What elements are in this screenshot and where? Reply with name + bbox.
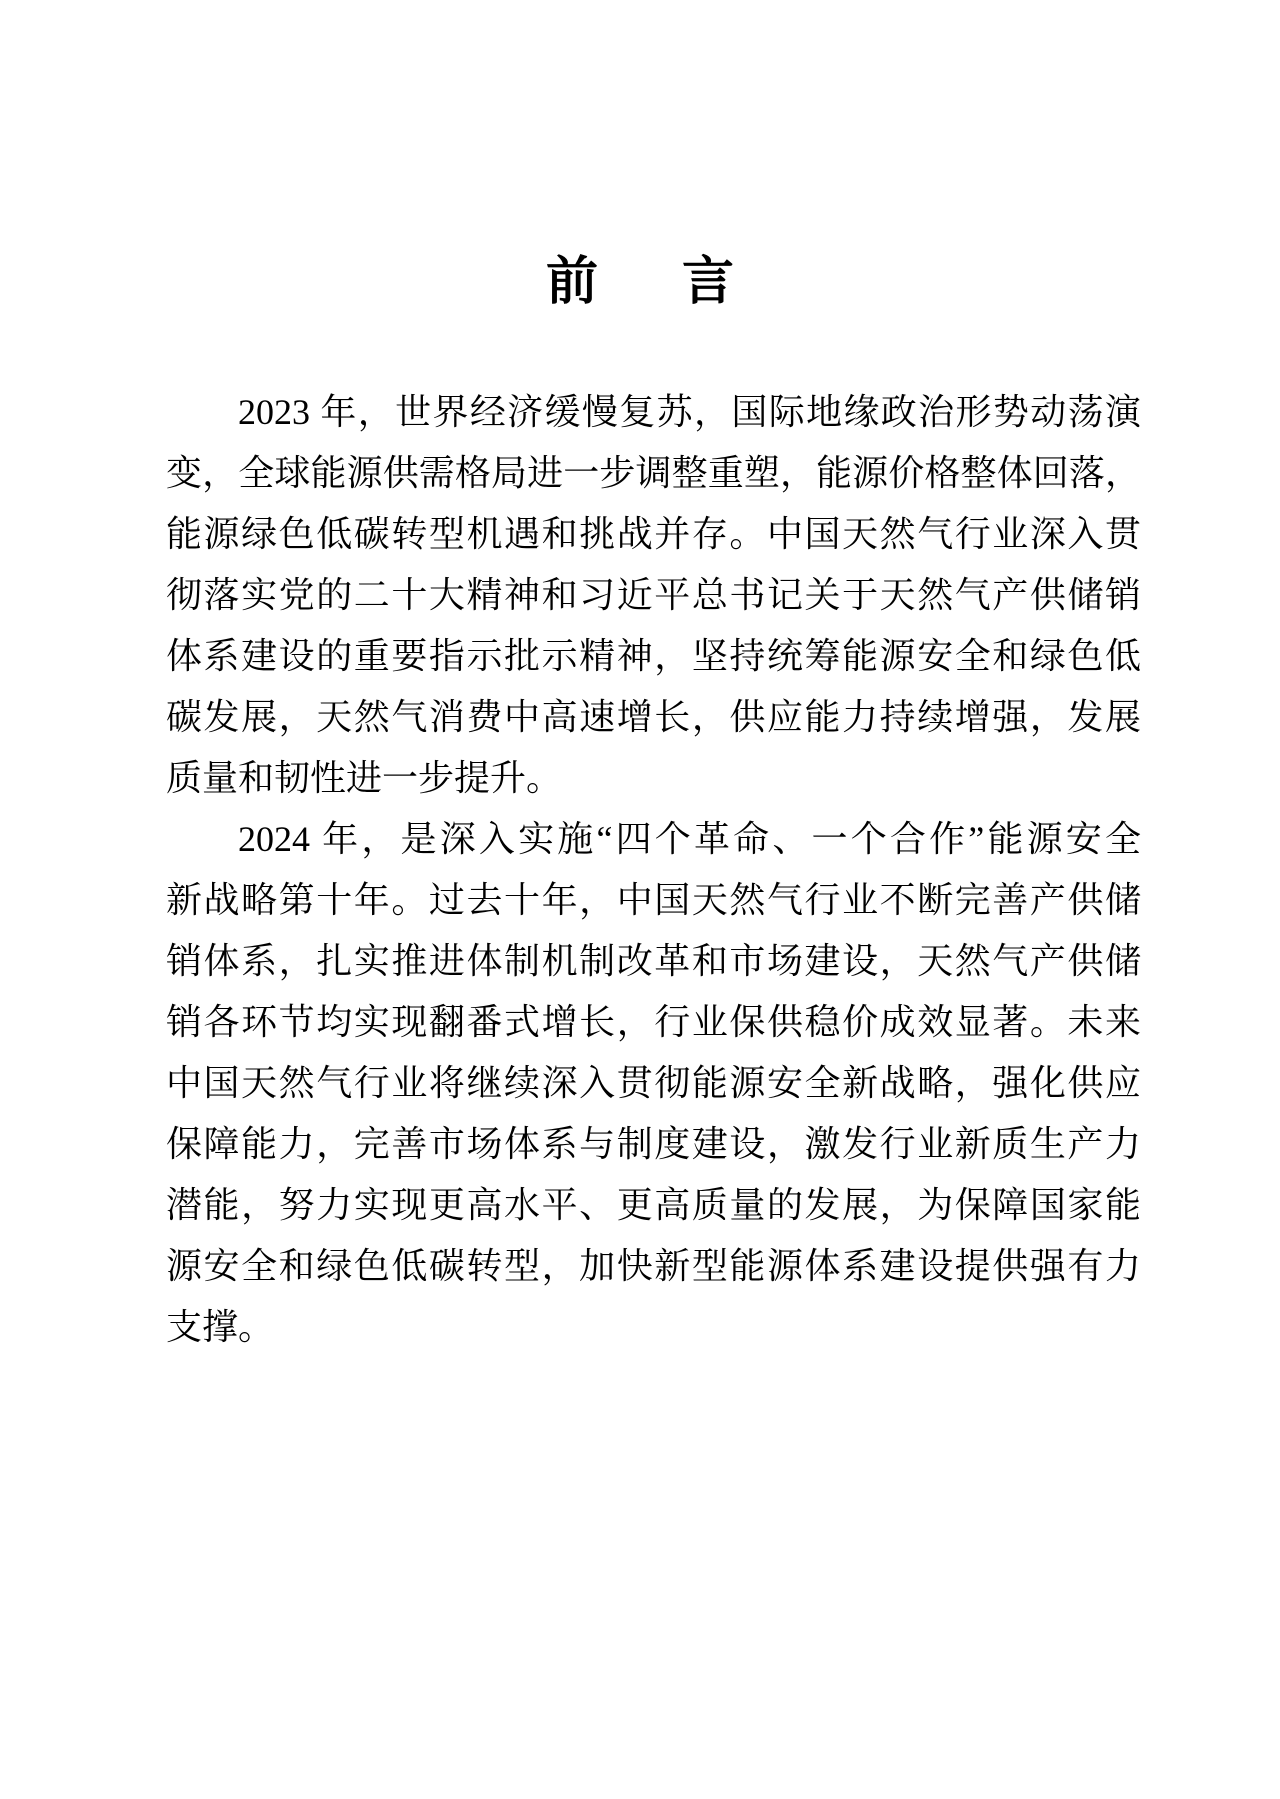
text-line: 彻落实党的二十大精神和习近平总书记关于天然气产供储销 (166, 565, 1141, 626)
text-line: 潜能，努力实现更高水平、更高质量的发展，为保障国家能 (166, 1175, 1141, 1236)
document-body: 2023 年，世界经济缓慢复苏，国际地缘政治形势动荡演变，全球能源供需格局进一步… (166, 382, 1141, 1358)
page-title-char-second: 言 (682, 252, 734, 312)
text-line: 碳发展，天然气消费中高速增长，供应能力持续增强，发展 (166, 687, 1141, 748)
text-line: 支撑。 (166, 1297, 1141, 1358)
text-line: 保障能力，完善市场体系与制度建设，激发行业新质生产力 (166, 1114, 1141, 1175)
text-line: 中国天然气行业将继续深入贯彻能源安全新战略，强化供应 (166, 1053, 1141, 1114)
text-line: 源安全和绿色低碳转型，加快新型能源体系建设提供强有力 (166, 1236, 1141, 1297)
page-title: 前 言 (0, 252, 1280, 312)
text-line: 销各环节均实现翻番式增长，行业保供稳价成效显著。未来 (166, 992, 1141, 1053)
text-line: 新战略第十年。过去十年，中国天然气行业不断完善产供储 (166, 870, 1141, 931)
text-line: 2023 年，世界经济缓慢复苏，国际地缘政治形势动荡演 (166, 382, 1141, 443)
text-line: 销体系，扎实推进体制机制改革和市场建设，天然气产供储 (166, 931, 1141, 992)
text-line: 质量和韧性进一步提升。 (166, 748, 1141, 809)
text-line: 能源绿色低碳转型机遇和挑战并存。中国天然气行业深入贯 (166, 504, 1141, 565)
page-title-char-first: 前 (546, 252, 598, 312)
text-line: 体系建设的重要指示批示精神，坚持统筹能源安全和绿色低 (166, 626, 1141, 687)
text-line: 2024 年，是深入实施“四个革命、一个合作”能源安全 (166, 809, 1141, 870)
document-page: 前 言 2023 年，世界经济缓慢复苏，国际地缘政治形势动荡演变，全球能源供需格… (0, 0, 1280, 1799)
text-line: 变，全球能源供需格局进一步调整重塑，能源价格整体回落， (166, 443, 1141, 504)
